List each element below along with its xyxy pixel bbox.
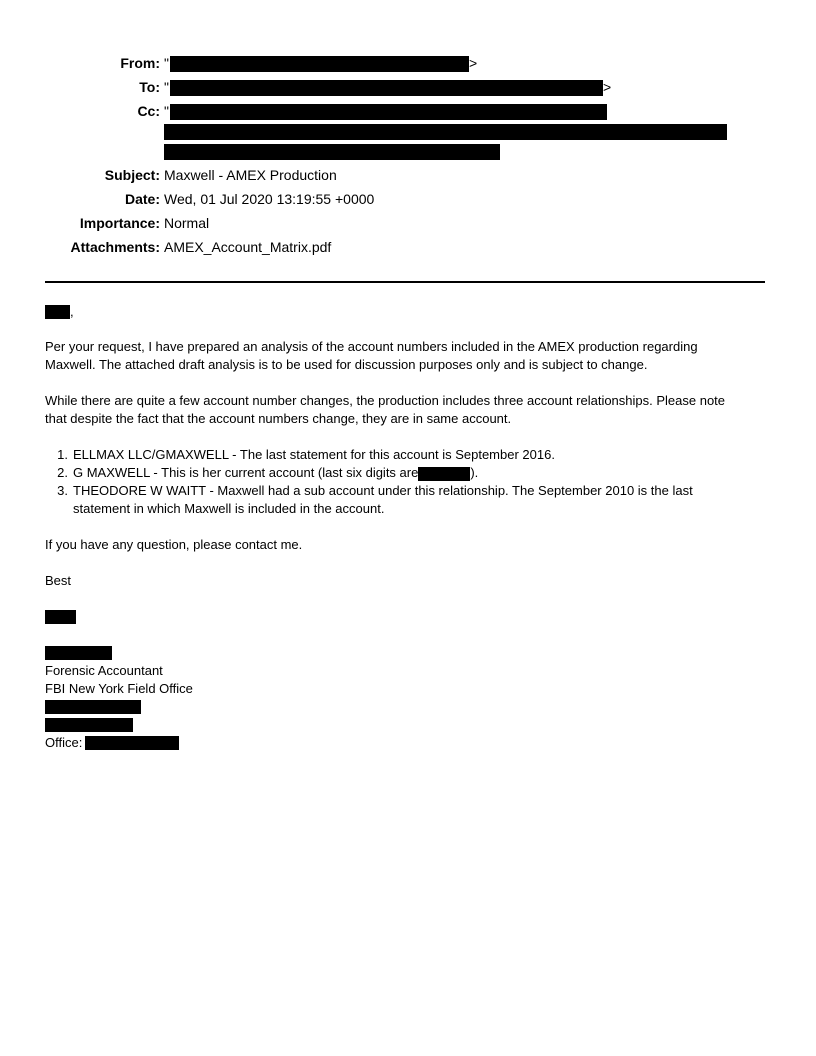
header-importance: Importance: Normal	[0, 214, 816, 232]
importance-value: Normal	[164, 214, 209, 232]
list-text-before: G MAXWELL - This is her current account …	[73, 465, 418, 480]
list-number: 1.	[50, 446, 68, 464]
redacted-cc-line-3	[164, 144, 500, 160]
signature-office: FBI New York Field Office	[45, 680, 193, 698]
list-text: ELLMAX LLC/GMAXWELL - The last statement…	[73, 447, 555, 462]
from-label: From:	[10, 54, 160, 72]
redacted-phone-number	[85, 736, 179, 750]
from-prefix: "	[164, 54, 169, 72]
list-item-3: 3. THEODORE W WAITT - Maxwell had a sub …	[73, 482, 693, 500]
redacted-address-line-2	[45, 718, 133, 732]
attachment-filename[interactable]: AMEX_Account_Matrix.pdf	[164, 238, 331, 256]
list-text-line-1: THEODORE W WAITT - Maxwell had a sub acc…	[73, 483, 693, 498]
sign-off: Best	[45, 572, 71, 590]
list-number: 2.	[50, 464, 68, 482]
redacted-cc-line-1	[170, 104, 607, 120]
date-value: Wed, 01 Jul 2020 13:19:55 +0000	[164, 190, 374, 208]
to-suffix: >	[603, 78, 611, 96]
list-number: 3.	[50, 482, 68, 500]
signature-title: Forensic Accountant	[45, 662, 163, 680]
closing-line: If you have any question, please contact…	[45, 536, 302, 554]
redacted-from-address	[170, 56, 469, 72]
header-date: Date: Wed, 01 Jul 2020 13:19:55 +0000	[0, 190, 816, 208]
redacted-to-address	[170, 80, 603, 96]
greeting-comma: ,	[70, 303, 74, 321]
redacted-sender-first-name	[45, 610, 76, 624]
cc-label: Cc:	[10, 102, 160, 120]
list-text-after: ).	[470, 465, 478, 480]
cc-prefix: "	[164, 102, 169, 120]
header-subject: Subject: Maxwell - AMEX Production	[0, 166, 816, 184]
paragraph-1-line-1: Per your request, I have prepared an ana…	[45, 338, 698, 356]
to-label: To:	[10, 78, 160, 96]
attachments-label: Attachments:	[10, 238, 160, 256]
list-text-line-2: statement in which Maxwell is included i…	[73, 501, 384, 516]
list-item-3-continued: statement in which Maxwell is included i…	[73, 500, 384, 518]
list-item-1: 1. ELLMAX LLC/GMAXWELL - The last statem…	[73, 446, 555, 464]
paragraph-2-line-1: While there are quite a few account numb…	[45, 392, 725, 410]
subject-value: Maxwell - AMEX Production	[164, 166, 337, 184]
list-item-2: 2. G MAXWELL - This is her current accou…	[73, 464, 478, 482]
redacted-sender-full-name	[45, 646, 112, 660]
to-prefix: "	[164, 78, 169, 96]
redacted-cc-line-2	[164, 124, 727, 140]
subject-label: Subject:	[10, 166, 160, 184]
date-label: Date:	[10, 190, 160, 208]
paragraph-2-line-2: that despite the fact that the account n…	[45, 410, 511, 428]
redacted-address-line-1	[45, 700, 141, 714]
redacted-account-digits	[418, 467, 470, 481]
paragraph-1-line-2: Maxwell. The attached draft analysis is …	[45, 356, 647, 374]
header-attachments: Attachments: AMEX_Account_Matrix.pdf	[0, 238, 816, 256]
header-divider	[45, 281, 765, 283]
importance-label: Importance:	[10, 214, 160, 232]
redacted-recipient-name	[45, 305, 70, 319]
from-suffix: >	[469, 54, 477, 72]
signature-phone-label: Office:	[45, 734, 82, 752]
